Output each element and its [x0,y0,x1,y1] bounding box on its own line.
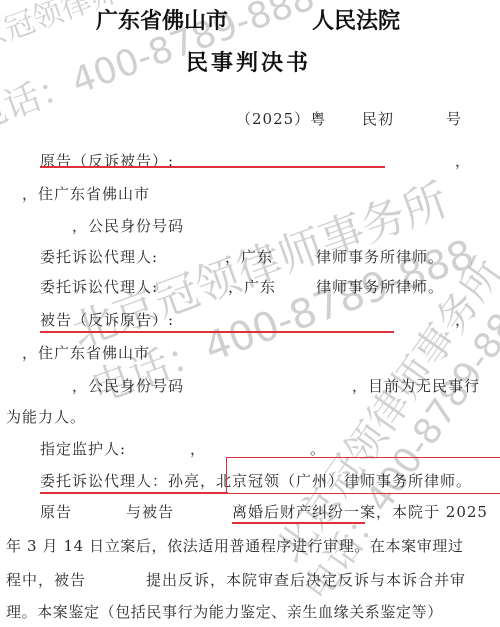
plaintiff-ref: 原告 [40,503,72,521]
plaintiff-trailing-comma: ， [455,150,471,171]
judgment-document-page: 北京冠领律师事务所 电话：400-8789-888 北京冠领律师事务所 电话：4… [0,0,500,627]
capacity-note: ，目前为无民事行 [352,375,480,396]
plaintiff-id-number: ，公民身份号码 [72,215,184,236]
defendant-id-number: ，公民身份号码 ，目前为无民事行 [72,375,184,396]
defendant-capacity-continued: 为能力人。 [6,406,86,427]
agent-firm-highlight-box [226,457,500,494]
case-type: 民初 [362,108,394,129]
plaintiff-address: ，住广东省佛山市 [22,183,150,204]
case-prefix: 粤 [310,110,326,128]
agent-location: ，广东 [228,276,276,297]
body-line-2: 年 3 月 14 日立案后，依法适用普通程序进行审理。在本案审理过 [6,535,464,556]
case-cause: 离婚后财产纠纷一案，本院于 2025 [232,501,488,522]
case-year: （2025） [236,110,310,128]
body-line-3a: 程中，被告 [6,571,86,589]
case-number: （2025）粤 民初 号 [236,108,326,129]
plaintiff-highlight-underline [40,166,385,168]
agent-firm: 律师事务所律师。 [316,246,444,267]
plaintiff-agent-2: 委托诉讼代理人: ，广东 律师事务所律师。 [40,276,158,297]
court-name-suffix: 人民法院 [312,4,400,35]
defendant-ref: 与被告 [126,501,174,522]
defendant-guardian: 指定监护人: ， 。 [40,438,126,459]
body-line-3b: 提出反诉，本院审查后决定反诉与本诉合并审 [146,569,466,590]
agent-highlight-underline [40,492,228,494]
guardian-label: 指定监护人: [40,440,126,458]
id-label: ，公民身份号码 [72,377,184,395]
agent-label-name: 委托诉讼代理人：孙亮， [40,472,216,490]
court-name-prefix: 广东省佛山市 [96,4,228,35]
plaintiff-agent-1: 委托诉讼代理人: ，广东 律师事务所律师。 [40,246,158,267]
agent-label: 委托诉讼代理人: [40,248,158,266]
defendant-label: 被告（反诉原告）: [40,309,174,330]
guardian-end: 。 [310,438,326,459]
case-cause-underline [232,522,365,524]
defendant-highlight-underline [40,331,394,333]
defendant-address: ，住广东省佛山市 [22,342,150,363]
body-line-3: 程中，被告 提出反诉，本院审查后决定反诉与本诉合并审 [6,569,86,590]
body-line-4: 理。本案鉴定（包括民事行为能力鉴定、亲生血缘关系鉴定等） [6,601,443,622]
case-suffix: 号 [446,108,462,129]
body-line-1: 原告 与被告 离婚后财产纠纷一案，本院于 2025 [40,501,72,522]
document-title: 民事判决书 [186,46,311,77]
guardian-sep: ， [190,438,206,459]
agent-label: 委托诉讼代理人: [40,278,158,296]
agent-location: ，广东 [225,246,273,267]
defendant-trailing-comma: ， [455,309,471,330]
agent-firm: 律师事务所律师。 [316,276,444,297]
